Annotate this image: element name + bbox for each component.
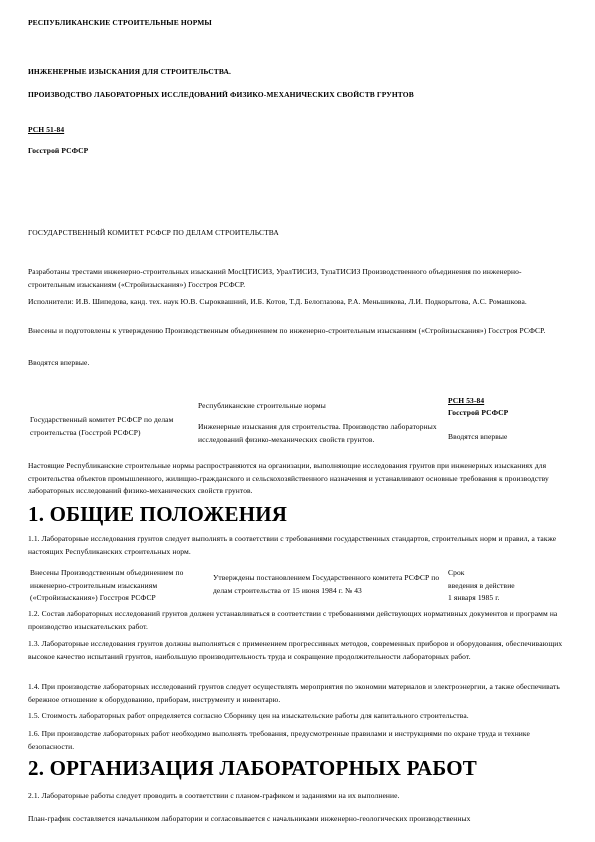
info-table-authority-cell: Госстрой РСФСР: [448, 407, 508, 420]
state-committee-line: ГОСУДАРСТВЕННЫЙ КОМИТЕТ РСФСР ПО ДЕЛАМ С…: [28, 227, 279, 240]
section-2-heading: 2. ОРГАНИЗАЦИЯ ЛАБОРАТОРНЫХ РАБОТ: [28, 756, 477, 780]
clause-1-1: 1.1. Лабораторные исследования грунтов с…: [28, 533, 568, 558]
effective-label-line1: Срок: [448, 567, 558, 580]
submitted-paragraph: Внесены и подготовлены к утверждению Про…: [28, 325, 568, 338]
norm-type-heading: РЕСПУБЛИКАНСКИЕ СТРОИТЕЛЬНЫЕ НОРМЫ: [28, 17, 212, 30]
plan-schedule-paragraph: План-график составляется начальником лаб…: [28, 813, 568, 826]
info-table-committee-cell: Государственный комитет РСФСР по делам с…: [30, 414, 190, 439]
developed-by-paragraph: Разработаны трестами инженерно-строитель…: [28, 266, 568, 291]
issuing-authority: Госстрой РСФСР: [28, 145, 88, 158]
clause-1-2: 1.2. Состав лабораторных исследований гр…: [28, 608, 568, 633]
info-table-norm-title-cell: Инженерные изыскания для строительства. …: [198, 421, 443, 446]
clause-1-5: 1.5. Стоимость лабораторных работ опреде…: [28, 710, 568, 723]
approval-table-submitted-cell: Внесены Производственным объединением по…: [30, 567, 200, 605]
info-table-introduced-cell: Вводятся впервые: [448, 431, 507, 444]
document-title-line1: ИНЖЕНЕРНЫЕ ИЗЫСКАНИЯ ДЛЯ СТРОИТЕЛЬСТВА.: [28, 66, 231, 79]
introduced-note: Вводятся впервые.: [28, 357, 89, 370]
clause-2-1: 2.1. Лабораторные работы следует проводи…: [28, 790, 568, 803]
scope-paragraph: Настоящие Республиканские строительные н…: [28, 460, 568, 498]
document-number: РСН 51-84: [28, 124, 64, 137]
executors-paragraph: Исполнители: И.В. Шипедова, канд. тех. н…: [28, 296, 568, 309]
effective-label-line2: введения в действие: [448, 580, 558, 593]
clause-1-6: 1.6. При производстве лабораторных работ…: [28, 728, 568, 753]
clause-1-4: 1.4. При производстве лабораторных иссле…: [28, 681, 568, 706]
section-1-heading: 1. ОБЩИЕ ПОЛОЖЕНИЯ: [28, 502, 287, 526]
info-table-norm-label-cell: Республиканские строительные нормы: [198, 400, 443, 413]
effective-date: 1 января 1985 г.: [448, 592, 558, 605]
approval-table-effective-cell: Срок введения в действие 1 января 1985 г…: [448, 567, 558, 605]
info-table-doc-number-cell: РСН 53-84: [448, 395, 484, 408]
document-page: РЕСПУБЛИКАНСКИЕ СТРОИТЕЛЬНЫЕ НОРМЫ ИНЖЕН…: [0, 0, 595, 842]
approval-table-approved-cell: Утверждены постановлением Государственно…: [213, 572, 443, 597]
document-title-line2: ПРОИЗВОДСТВО ЛАБОРАТОРНЫХ ИССЛЕДОВАНИЙ Ф…: [28, 89, 414, 102]
clause-1-3: 1.3. Лабораторные исследования грунтов д…: [28, 638, 568, 663]
